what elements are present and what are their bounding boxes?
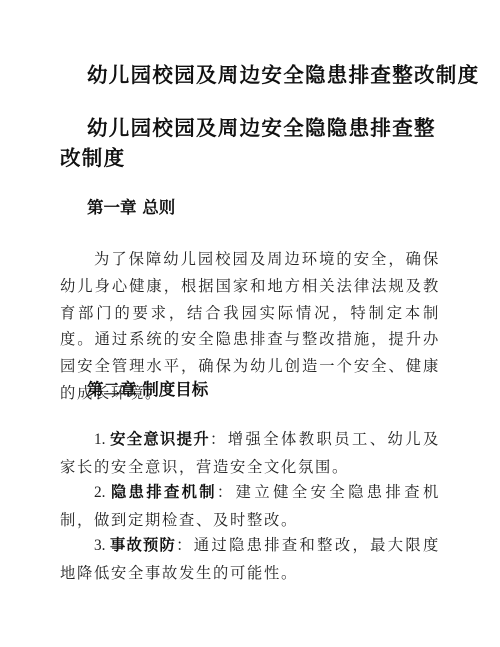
list-item-number: 2. — [94, 484, 111, 501]
goal-list-item: 3. 事故预防：通过隐患排查和整改，最大限度地降低安全事故发生的可能性。 — [60, 532, 440, 587]
document-title: 幼儿园校园及周边安全隐患排查整改制度 — [60, 60, 460, 90]
list-item-separator: ： — [210, 430, 228, 448]
list-item-separator: ： — [217, 483, 236, 501]
list-item-term: 安全意识提升 — [110, 430, 210, 448]
list-item-term: 事故预防 — [110, 536, 176, 554]
chapter-2-heading: 第二章 制度目标 — [87, 378, 208, 402]
goal-list-item: 2. 隐患排查机制：建立健全安全隐患排查机制，做到定期检查、及时整改。 — [60, 479, 440, 534]
chapter-1-heading: 第一章 总则 — [87, 196, 175, 220]
goal-list-item: 1. 安全意识提升：增强全体教职员工、幼儿及家长的安全意识，营造安全文化氛围。 — [60, 426, 440, 481]
list-item-separator: ： — [176, 536, 194, 554]
list-item-number: 3. — [94, 537, 110, 554]
document-subtitle: 幼儿园校园及周边安全隐隐患排查整改制度 — [60, 113, 442, 173]
list-item-term: 隐患排查机制 — [111, 483, 217, 501]
list-item-number: 1. — [94, 431, 110, 448]
